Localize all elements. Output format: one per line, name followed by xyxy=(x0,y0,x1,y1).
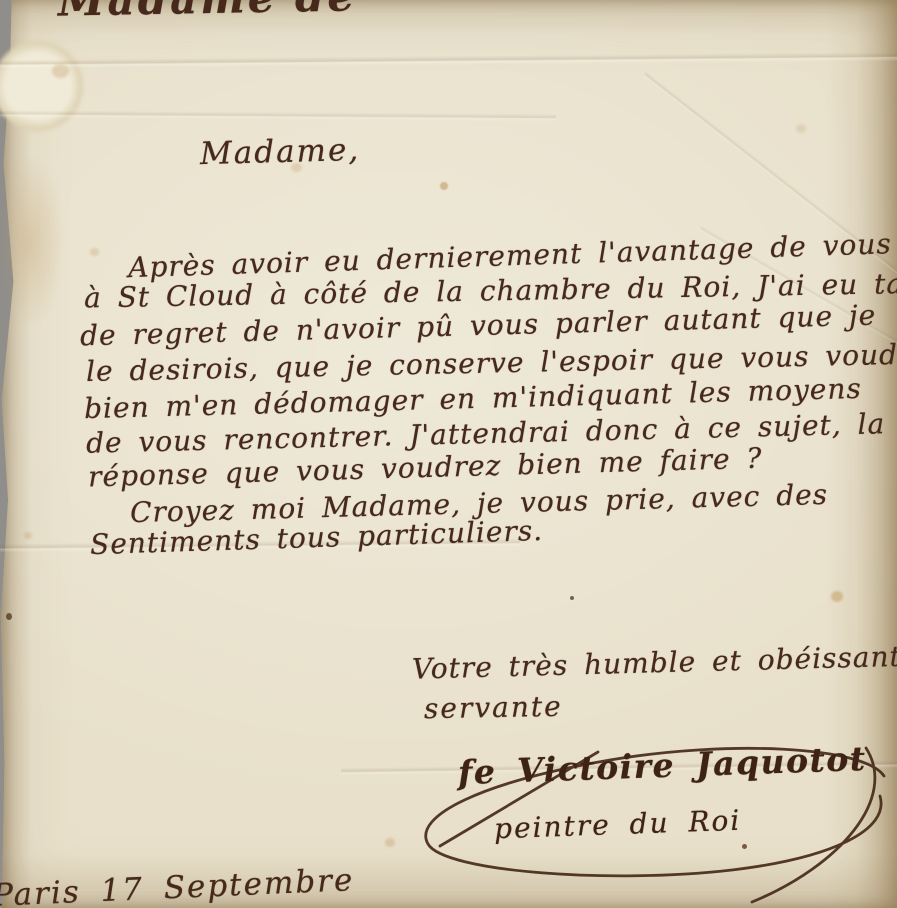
salutation: Madame, xyxy=(200,132,361,172)
letter-photo: Madame de Madame, Après avoir eu dernier… xyxy=(0,0,897,908)
closing-line-2: servante xyxy=(424,690,563,725)
